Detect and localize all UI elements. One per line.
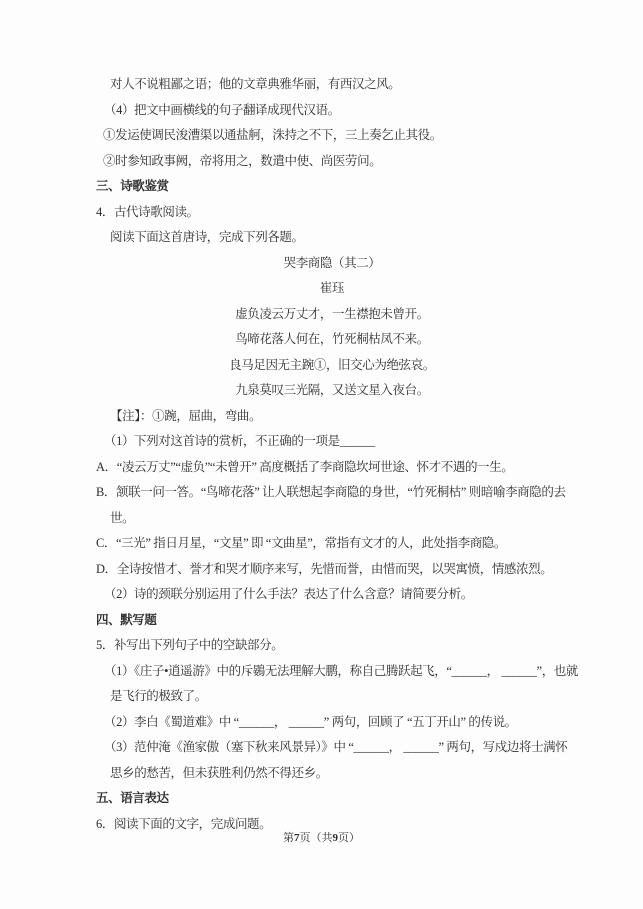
translation-sentence-1: ①发运使调民浚漕渠以通盐舸，洙持之不下，三上奏乞止其役。 xyxy=(96,123,568,149)
dictation-1-continuation: 是飞行的极致了。 xyxy=(96,684,568,710)
option-c: C．“三光” 指日月星，“文星” 即 “文曲星”，常指有文才的人，此处指李商隐。 xyxy=(96,531,568,557)
option-b-continuation: 世。 xyxy=(96,506,568,532)
dictation-3: （3）范仲淹《渔家傲（塞下秋来风景异）》中 “______， ______” 两… xyxy=(96,735,568,761)
question-4-instruction: 阅读下面这首唐诗，完成下列各题。 xyxy=(96,225,568,251)
page-footer: 第7页（共9页） xyxy=(0,829,643,845)
poem-line-4: 九泉莫叹三光隔，又送文星入夜台。 xyxy=(96,378,568,404)
footer-suffix: 页） xyxy=(338,832,360,844)
dictation-3-continuation: 思乡的愁苦，但未获胜利仍然不得还乡。 xyxy=(96,761,568,787)
section-5-heading: 五、语言表达 xyxy=(96,786,568,812)
dictation-2: （2）李白《蜀道难》中 “______， ______” 两句，回顾了 “五丁开… xyxy=(96,710,568,736)
poem-line-3: 良马足因无主踠①，旧交心为绝弦哀。 xyxy=(96,353,568,379)
poem-author: 崔珏 xyxy=(96,276,568,302)
option-d: D．全诗按惜才、誉才和哭才顺序来写，先惜而誉，由惜而哭，以哭寓愤，情感浓烈。 xyxy=(96,557,568,583)
translation-sentence-2: ②时参知政事阙，帝将用之，数遣中使、尚医劳问。 xyxy=(96,149,568,175)
footer-prefix: 第 xyxy=(283,832,294,844)
page-content: 对人不说粗鄙之语；他的文章典雅华丽，有西汉之风。（4）把文中画横线的句子翻译成现… xyxy=(96,72,568,837)
section-3-heading: 三、诗歌鉴赏 xyxy=(96,174,568,200)
section-4-heading: 四、默写题 xyxy=(96,608,568,634)
subquestion-2-prompt: （2）诗的颈联分别运用了什么手法？表达了什么含意？请简要分析。 xyxy=(96,582,568,608)
option-b: B．颔联一问一答。“鸟啼花落” 让人联想起李商隐的身世，“竹死桐枯” 则暗喻李商… xyxy=(96,480,568,506)
poem-line-2: 鸟啼花落人何在，竹死桐枯凤不来。 xyxy=(96,327,568,353)
dictation-1: （1）《庄子•逍遥游》中的斥鷃无法理解大鹏，称自己腾跃起飞，“______， _… xyxy=(96,659,568,685)
question-5-title: 5．补写出下列句子中的空缺部分。 xyxy=(96,633,568,659)
subquestion-1-prompt: （1）下列对这首诗的赏析，不正确的一项是______ xyxy=(96,429,568,455)
option-a: A．“凌云万丈”“虚负”“未曾开” 高度概括了李商隐坎坷世途、怀才不遇的一生。 xyxy=(96,455,568,481)
question-4-title: 4．古代诗歌阅读。 xyxy=(96,200,568,226)
poem-line-1: 虚负凌云万丈才，一生襟抱未曾开。 xyxy=(96,302,568,328)
poem-title: 哭李商隐（其二） xyxy=(96,251,568,277)
exam-paper-page: 对人不说粗鄙之语；他的文章典雅华丽，有西汉之风。（4）把文中画横线的句子翻译成现… xyxy=(0,0,643,909)
subquestion-4-prompt: （4）把文中画横线的句子翻译成现代汉语。 xyxy=(96,98,568,124)
poem-note: 【注】：①踠，屈曲，弯曲。 xyxy=(96,404,568,430)
footer-mid: 页（共 xyxy=(300,832,333,844)
passage-line: 对人不说粗鄙之语；他的文章典雅华丽，有西汉之风。 xyxy=(96,72,568,98)
